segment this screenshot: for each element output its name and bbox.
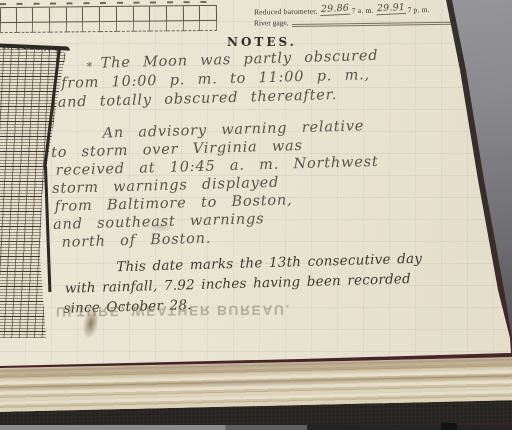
ink-smudge — [148, 222, 174, 232]
reduced-barometer-row: Reduced barometer, 29.86 7 a. m. 29.91 7… — [254, 1, 469, 16]
river-gage-row: River gage, — [254, 15, 476, 27]
logbook-page: Reduced barometer, 29.86 7 a. m. 29.91 7… — [0, 0, 512, 368]
river-gage-label: River gage, — [254, 18, 289, 27]
table-row — [0, 21, 217, 33]
note-paragraph-storm-warning: An advisory warning relative to storm ov… — [50, 114, 479, 252]
bleedthrough-weather-bureau-stamp: ULTURE, WEATHER BUREAU. — [56, 302, 356, 320]
notes-heading: NOTES. — [227, 35, 297, 49]
chart-right-border-lower — [44, 166, 51, 292]
pm-unit-label: 7 p. m. — [407, 5, 429, 14]
handwritten-notes: The Moon was partly obscured from 10:00 … — [54, 44, 481, 319]
river-gage-blank-line — [292, 17, 477, 27]
barometer-am-value: 29.86 — [319, 3, 350, 16]
hourly-data-table — [0, 0, 217, 33]
logbook-photo: Reduced barometer, 29.86 7 a. m. 29.91 7… — [0, 0, 512, 430]
barometer-pm-value: 29.91 — [375, 2, 406, 15]
floor-strip — [0, 425, 512, 430]
reduced-barometer-label: Reduced barometer, — [254, 7, 318, 17]
table-leg-shadow — [441, 423, 457, 430]
note-paragraph-moon: The Moon was partly obscured from 10:00 … — [54, 44, 475, 113]
am-unit-label: 7 a. m. — [352, 6, 374, 15]
